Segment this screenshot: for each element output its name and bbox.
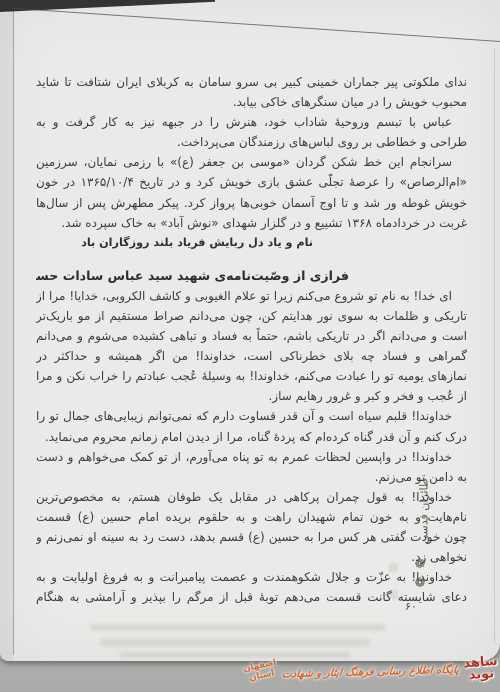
book-title-vertical: طائران قدسی (418, 478, 431, 543)
text-line: «ام‌الرصاص» را عرصهٔ تجلّی عشق بازی خویش… (36, 172, 467, 192)
text-line: غربت در خردادماه ۱۳۶۸ تشییع و در گلزار ش… (36, 213, 467, 233)
text-line: ای خدا! به نام تو شروع می‌کنم زیرا تو عل… (36, 286, 467, 306)
text-line: خداوندا! به عزّت و جلال شکوهمندت و عصمت … (36, 567, 467, 587)
scanned-book-page: ندای ملکوتی پیر جماران خمینی کبیر بی سرو… (0, 0, 500, 661)
flower-ornament-icon: ❁ (410, 574, 430, 593)
dedication-line: نام و یاد دل ربایش فریاد بلند روزگاران ب… (36, 233, 467, 253)
text-line: خداوندا! به قول چمران پرکاهی در مقابل یک… (36, 487, 467, 507)
text-line: عباس با تبسم وروحیهٔ شاداب خود، هنرش را … (36, 112, 467, 132)
text-line: گمراهی و فساد چه بلای خطرناکی است، خداون… (36, 346, 467, 366)
reverse-side-bleed (389, 590, 398, 599)
navideshahed-logo-icon: شاهد نوید (463, 656, 499, 683)
text-line: سرانجام این خط شکن گردان «موسی بن جعفر (… (36, 152, 467, 172)
left-fold-line (13, 10, 14, 655)
text-line: خداوندا! در واپسین لحظات عمرم به تو پناه… (36, 447, 467, 467)
section-heading: فرازی از وصّیت‌نامه‌ی شهید سید عباس سادا… (36, 265, 467, 286)
paragraph: خداوندا! به قول چمران پرکاهی در مقابل یک… (36, 487, 467, 567)
reverse-side-bleed (100, 639, 370, 646)
text-line: تاریکی و ظلمات به سوی نور هدایتم کن، چون… (36, 306, 467, 326)
text-line: محبوب خویش را در میان سنگرهای خاکی بیابد… (36, 92, 467, 112)
watermark-text: پایگاه اطلاع رسانی فرهنگ ایثار و شهادت (282, 664, 461, 681)
paragraph: ای خدا! به نام تو شروع می‌کنم زیرا تو عل… (36, 286, 467, 407)
text-line: چون خودت گفتی هر کس مرا به حسین (ع) قسم … (36, 527, 467, 547)
text-line: درک کنم و آن قدر گناه کرده‌ام که پردهٔ گ… (36, 427, 467, 447)
flower-ornament-icon: ❁ (410, 555, 430, 574)
text-line: است و می‌دانم اگر در تاریکی باشم، حتماً … (36, 326, 467, 346)
right-edge-line (494, 48, 495, 643)
logo-word-bottom: نوید (464, 668, 499, 683)
text-line: دعای شایسته گانت قسمت می‌دهم توبهٔ قبل ا… (36, 587, 467, 607)
text-line: خداوندا! قلبم سیاه است و آن قدر قساوت دا… (36, 406, 467, 426)
watermark-region: اصفهان استان (243, 658, 279, 683)
reverse-side-bleed (90, 624, 385, 631)
text-line: طراحی و خطاطی بر روی لباس‌های رزمندگان م… (36, 132, 467, 152)
text-line: نام‌هایت و به خون تمام شهیدان راهت و به … (36, 507, 467, 527)
scan-edge-line (2, 7, 500, 44)
text-line: از عُجب و فخر و کبر و غرور رهایم ساز. (36, 386, 467, 406)
paragraph: خداوندا! قلبم سیاه است و آن قدر قساوت دا… (36, 406, 467, 446)
left-margin-shade (0, 6, 13, 661)
scan-shadow-wedge (0, 0, 215, 12)
site-watermark: شاهد نوید پایگاه اطلاع رسانی فرهنگ ایثار… (243, 649, 500, 692)
text-line: نخواهی زد. (36, 547, 467, 567)
text-line: به دامن تو می‌زنم. (36, 467, 467, 487)
text-line: نمازهای یومیه تو را عبادت می‌کنم، خداوند… (36, 366, 467, 386)
body-text: ندای ملکوتی پیر جماران خمینی کبیر بی سرو… (36, 72, 467, 607)
page-number: ۶۰ (405, 600, 417, 613)
text-line: خویش غوطه ور شد و تا اوج آسمان خوبی‌ها پ… (36, 193, 467, 213)
paragraph: خداوندا! در واپسین لحظات عمرم به تو پناه… (36, 447, 467, 487)
text-line: ندای ملکوتی پیر جماران خمینی کبیر بی سرو… (36, 72, 467, 92)
paragraph: خداوندا! به عزّت و جلال شکوهمندت و عصمت … (36, 567, 467, 607)
paragraph: سرانجام این خط شکن گردان «موسی بن جعفر (… (36, 152, 467, 232)
paragraph: ندای ملکوتی پیر جماران خمینی کبیر بی سرو… (36, 72, 467, 112)
paragraph: عباس با تبسم وروحیهٔ شاداب خود، هنرش را … (36, 112, 467, 152)
reverse-side-bleed (389, 563, 398, 572)
ornament-column: ❁ ❁ (410, 555, 430, 593)
